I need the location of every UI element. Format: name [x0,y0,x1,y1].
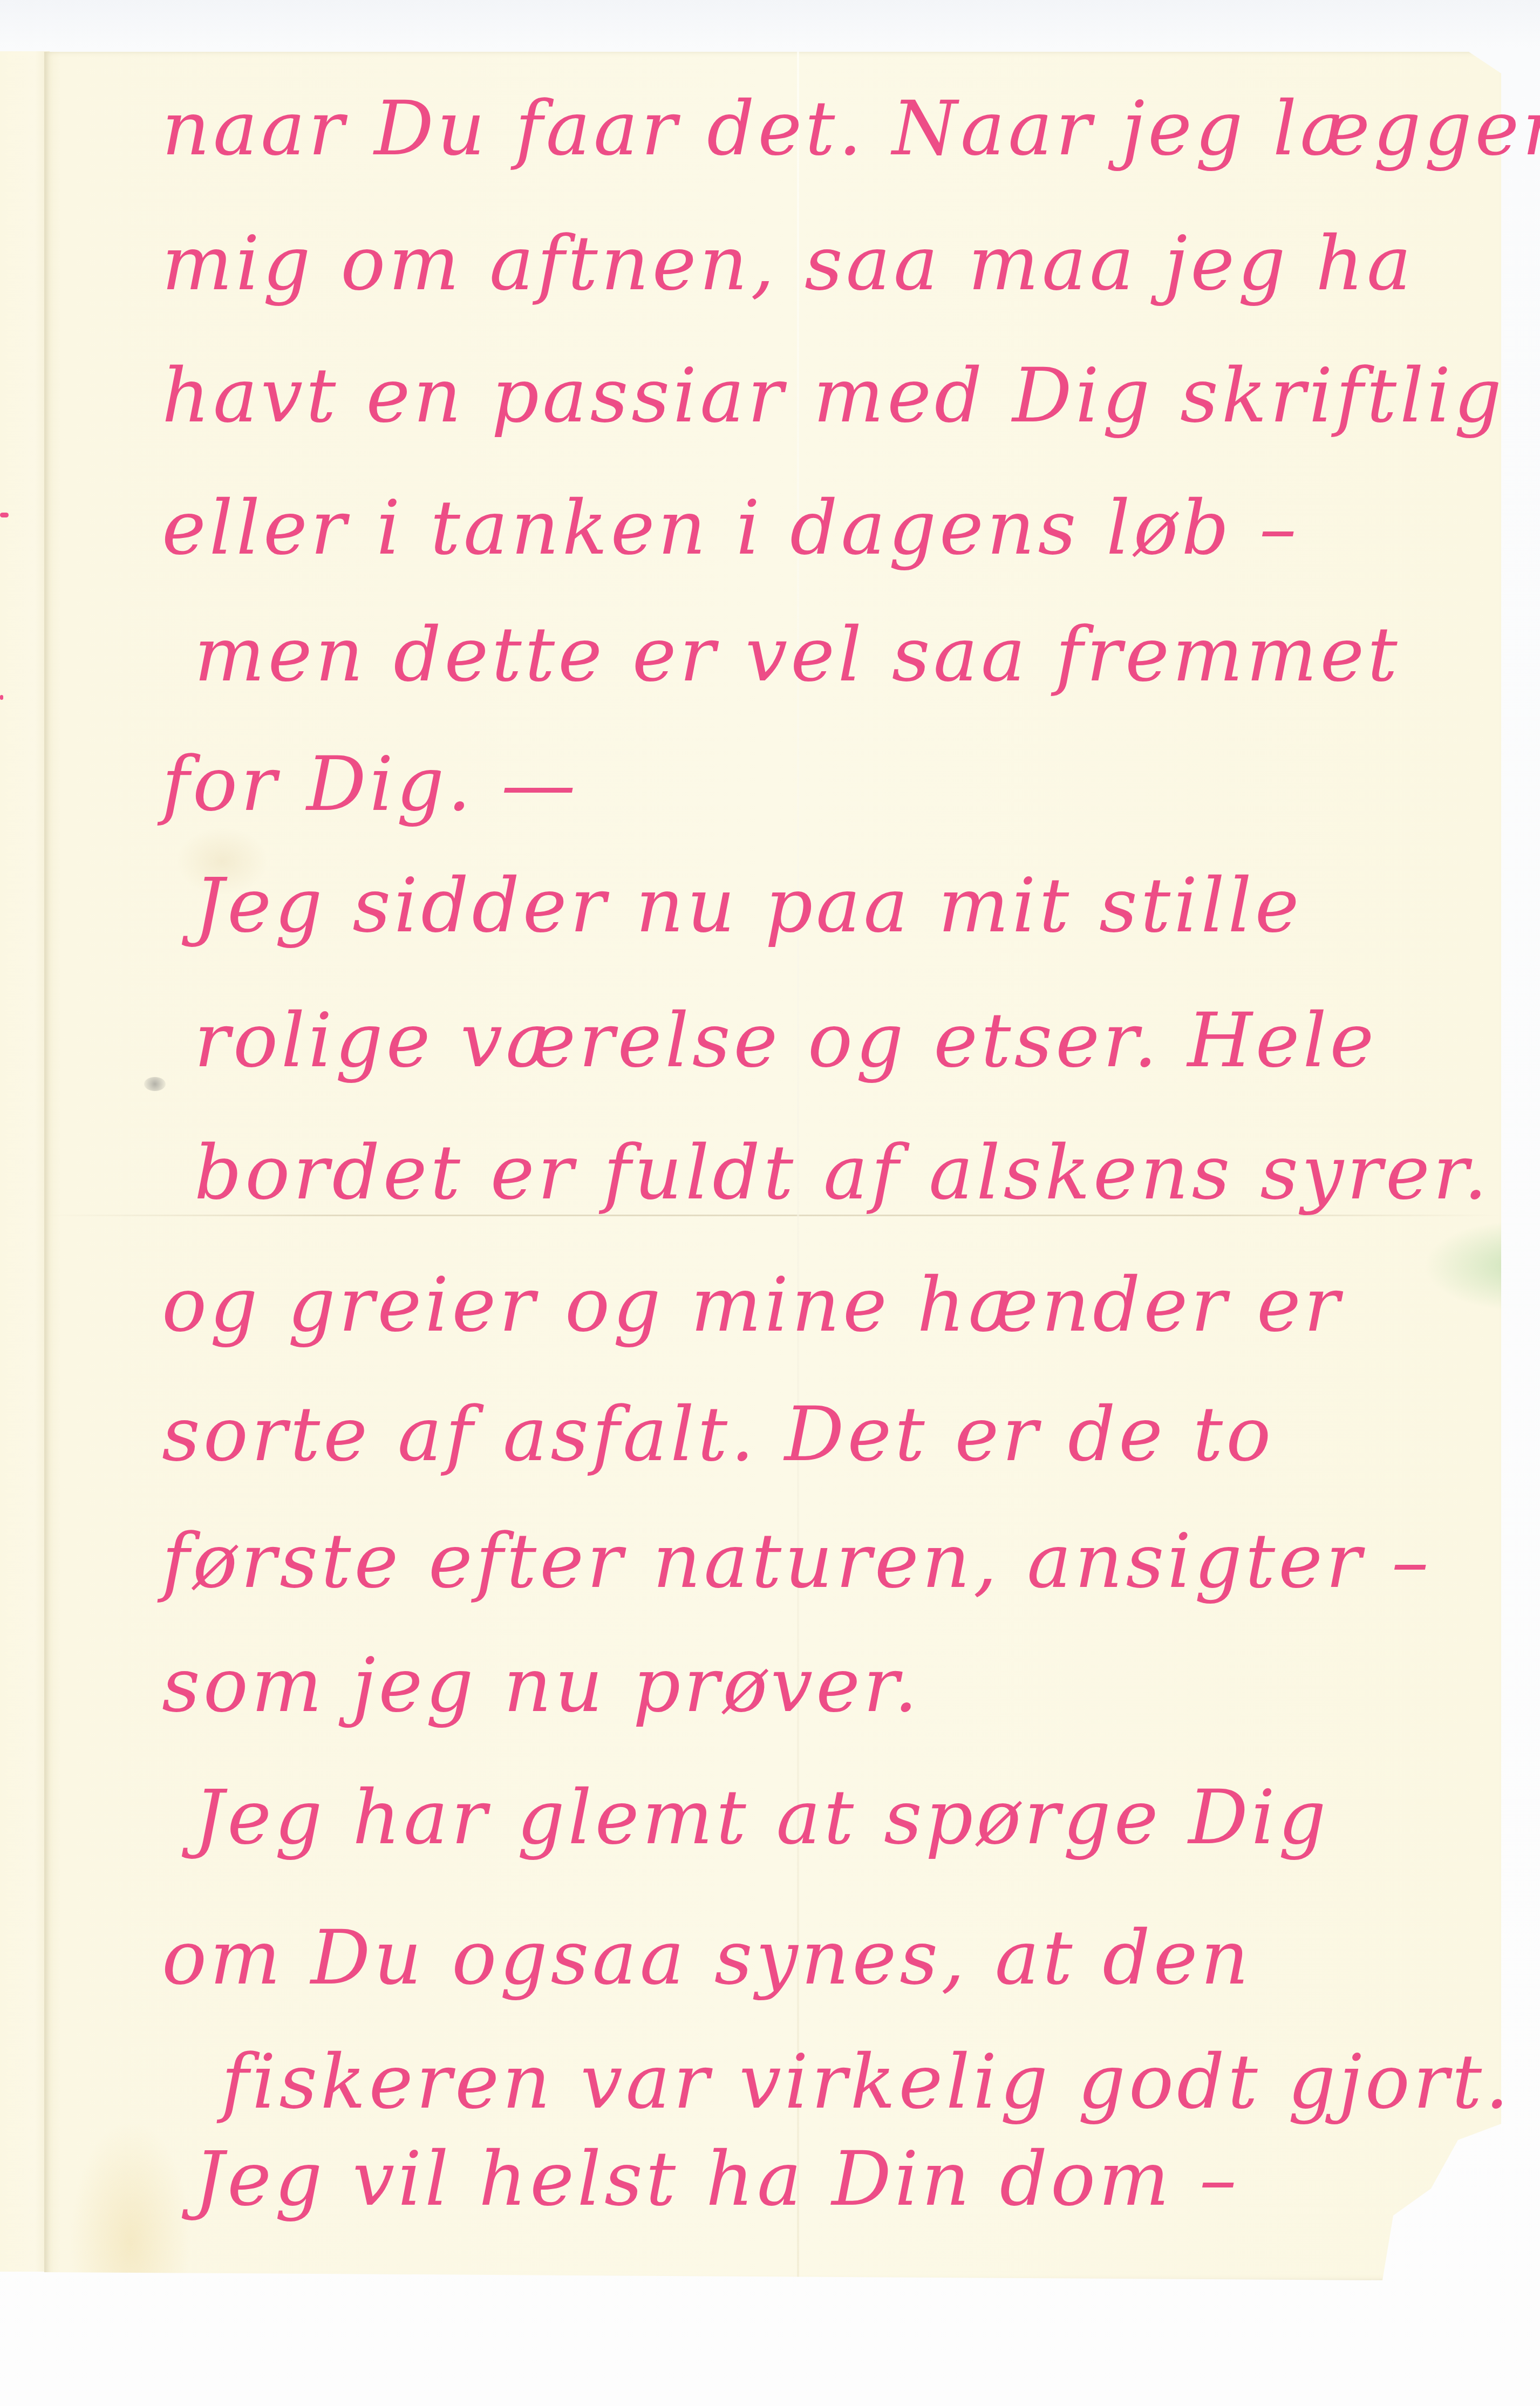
adjacent-sheet-edge [0,51,50,2272]
letter-line: Jeg sidder nu paa mit stille [194,869,1302,943]
letter-line: om Du ogsaa synes, at den [162,1921,1252,1995]
ink-mark [0,513,9,517]
letter-line: for Dig. — [162,747,579,822]
letter-line: naar Du faar det. Naar jeg lægger [162,92,1540,166]
letter-line: og greier og mine hænder er [162,1268,1343,1342]
letter-line: eller i tanken i dagens løb – [162,491,1300,565]
letter-line: som jeg nu prøver. [162,1648,921,1723]
letter-line: havt en passiar med Dig skriftlig [162,359,1505,433]
paper-smudge [144,1077,166,1091]
letter-line: første efter naturen, ansigter – [162,1524,1432,1599]
letter-line: Jeg vil helst ha Din dom – [194,2142,1240,2217]
letter-line: rolige værelse og etser. Hele [194,1004,1377,1078]
ink-mark [0,695,3,700]
letter-line: mig om aftnen, saa maa jeg ha [162,227,1414,301]
letter-line: sorte af asfalt. Det er de to [162,1398,1274,1472]
letter-line: fiskeren var virkelig godt gjort. [221,2045,1512,2119]
letter-line: men dette er vel saa fremmet [194,618,1401,692]
letter-line: bordet er fuldt af alskens syrer. [194,1136,1490,1210]
letter-line: Jeg har glemt at spørge Dig [194,1781,1329,1855]
